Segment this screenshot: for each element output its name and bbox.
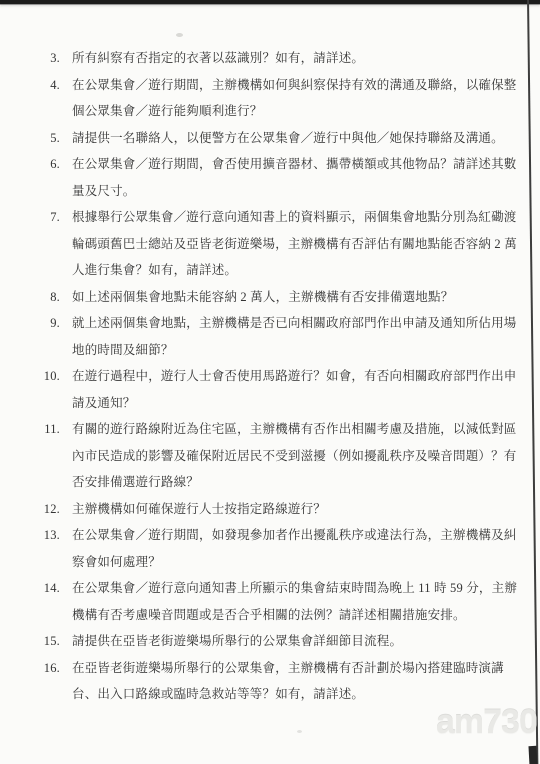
question-text: 主辦機構如何確保遊行人士按指定路線遊行？ [72, 496, 514, 523]
question-text-line: 察會如何處理？ [72, 549, 514, 576]
question-text-line: 所有糾察有否指定的衣著以茲識別？如有，請詳述。 [72, 45, 514, 72]
question-text: 在公眾集會／遊行期間，會否使用擴音器材、攜帶橫額或其他物品？請詳述其數量及尺寸。 [72, 151, 514, 204]
question-item: 8.如上述兩個集會地點未能容納 2 萬人，主辦機構有否安排備選地點？ [36, 284, 514, 311]
question-text: 在亞皆老街遊樂場所舉行的公眾集會，主辦機構有否計劃於場內搭建臨時演講台、出入口路… [72, 655, 514, 708]
question-text-line: 內市民造成的影響及確保附近居民不受到滋擾（例如擾亂秩序及噪音問題）？有 [72, 443, 514, 470]
question-item: 10.在遊行過程中，遊行人士會否使用馬路遊行？如會，有否向相關政府部門作出申請及… [36, 363, 514, 416]
question-text-line: 人進行集會？如有，請詳述。 [72, 257, 514, 284]
question-text-line: 否安排備選遊行路線？ [72, 469, 514, 496]
question-number: 13. [36, 522, 60, 575]
question-text: 就上述兩個集會地點，主辦機構是否已向相關政府部門作出申請及通知所佔用場地的時間及… [72, 310, 514, 363]
question-number: 14. [36, 575, 60, 628]
question-text: 在遊行過程中，遊行人士會否使用馬路遊行？如會，有否向相關政府部門作出申請及通知？ [72, 363, 514, 416]
question-text-line: 請提供在亞皆老街遊樂場所舉行的公眾集會詳細節目流程。 [72, 628, 514, 655]
scanned-document-page: 3.所有糾察有否指定的衣著以茲識別？如有，請詳述。4.在公眾集會／遊行期間，主辦… [0, 0, 540, 764]
question-text-line: 在遊行過程中，遊行人士會否使用馬路遊行？如會，有否向相關政府部門作出申 [72, 363, 514, 390]
question-text: 請提供在亞皆老街遊樂場所舉行的公眾集會詳細節目流程。 [72, 628, 514, 655]
scan-corner-mark [528, 746, 537, 764]
question-item: 5.請提供一名聯絡人，以便警方在公眾集會／遊行中與他／她保持聯絡及溝通。 [36, 125, 514, 152]
question-item: 6.在公眾集會／遊行期間，會否使用擴音器材、攜帶橫額或其他物品？請詳述其數量及尺… [36, 151, 514, 204]
question-text-line: 量及尺寸。 [72, 178, 514, 205]
question-number: 10. [36, 363, 60, 416]
question-number: 4. [36, 72, 60, 125]
question-text-line: 在公眾集會／遊行意向通知書上所顯示的集會結束時間為晚上 11 時 59 分，主辦 [72, 575, 514, 602]
question-text-line: 個公眾集會／遊行能夠順利進行？ [72, 98, 514, 125]
question-text-line: 有關的遊行路線附近為住宅區，主辦機構有否作出相關考慮及措施，以減低對區 [72, 416, 514, 443]
question-text-line: 在公眾集會／遊行期間，如發現參加者作出擾亂秩序或違法行為，主辦機構及糾 [72, 522, 514, 549]
question-item: 9.就上述兩個集會地點，主辦機構是否已向相關政府部門作出申請及通知所佔用場地的時… [36, 310, 514, 363]
question-item: 15.請提供在亞皆老街遊樂場所舉行的公眾集會詳細節目流程。 [36, 628, 514, 655]
question-number: 7. [36, 204, 60, 284]
question-text-line: 請及通知？ [72, 390, 514, 417]
question-text-line: 地的時間及細節？ [72, 337, 514, 364]
scan-edge-top [0, 0, 540, 4]
question-text-line: 如上述兩個集會地點未能容納 2 萬人，主辦機構有否安排備選地點？ [72, 284, 514, 311]
question-item: 14.在公眾集會／遊行意向通知書上所顯示的集會結束時間為晚上 11 時 59 分… [36, 575, 514, 628]
question-text: 在公眾集會／遊行意向通知書上所顯示的集會結束時間為晚上 11 時 59 分，主辦… [72, 575, 514, 628]
question-text: 所有糾察有否指定的衣著以茲識別？如有，請詳述。 [72, 45, 514, 72]
scan-noise-speck [176, 33, 183, 37]
question-text-line: 請提供一名聯絡人，以便警方在公眾集會／遊行中與他／她保持聯絡及溝通。 [72, 125, 514, 152]
question-item: 4.在公眾集會／遊行期間，主辦機構如何與糾察保持有效的溝通及聯絡，以確保整個公眾… [36, 72, 514, 125]
question-item: 11.有關的遊行路線附近為住宅區，主辦機構有否作出相關考慮及措施，以減低對區內市… [36, 416, 514, 496]
question-number: 5. [36, 125, 60, 152]
question-text-line: 機構有否考慮噪音問題或是否合乎相關的法例？請詳述相關措施安排。 [72, 602, 514, 629]
question-text: 請提供一名聯絡人，以便警方在公眾集會／遊行中與他／她保持聯絡及溝通。 [72, 125, 514, 152]
question-text-line: 根據舉行公眾集會／遊行意向通知書上的資料顯示，兩個集會地點分別為紅磡渡 [72, 204, 514, 231]
question-text-line: 在亞皆老街遊樂場所舉行的公眾集會，主辦機構有否計劃於場內搭建臨時演講 [72, 655, 514, 682]
question-text: 有關的遊行路線附近為住宅區，主辦機構有否作出相關考慮及措施，以減低對區內市民造成… [72, 416, 514, 496]
question-number: 15. [36, 628, 60, 655]
question-text: 在公眾集會／遊行期間，如發現參加者作出擾亂秩序或違法行為，主辦機構及糾察會如何處… [72, 522, 514, 575]
question-number: 12. [36, 496, 60, 523]
question-item: 16.在亞皆老街遊樂場所舉行的公眾集會，主辦機構有否計劃於場內搭建臨時演講台、出… [36, 655, 514, 708]
question-list: 3.所有糾察有否指定的衣著以茲識別？如有，請詳述。4.在公眾集會／遊行期間，主辦… [36, 45, 514, 708]
question-text: 根據舉行公眾集會／遊行意向通知書上的資料顯示，兩個集會地點分別為紅磡渡輪碼頭舊巴… [72, 204, 514, 284]
question-text-line: 輪碼頭舊巴士總站及亞皆老街遊樂場，主辦機構有否評估有關地點能否容納 2 萬 [72, 231, 514, 258]
question-number: 11. [36, 416, 60, 496]
question-text-line: 在公眾集會／遊行期間，會否使用擴音器材、攜帶橫額或其他物品？請詳述其數 [72, 151, 514, 178]
question-number: 16. [36, 655, 60, 708]
question-number: 9. [36, 310, 60, 363]
question-text-line: 在公眾集會／遊行期間，主辦機構如何與糾察保持有效的溝通及聯絡，以確保整 [72, 72, 514, 99]
question-item: 3.所有糾察有否指定的衣著以茲識別？如有，請詳述。 [36, 45, 514, 72]
question-item: 12.主辦機構如何確保遊行人士按指定路線遊行？ [36, 496, 514, 523]
question-item: 7.根據舉行公眾集會／遊行意向通知書上的資料顯示，兩個集會地點分別為紅磡渡輪碼頭… [36, 204, 514, 284]
question-text-line: 主辦機構如何確保遊行人士按指定路線遊行？ [72, 496, 514, 523]
question-item: 13.在公眾集會／遊行期間，如發現參加者作出擾亂秩序或違法行為，主辦機構及糾察會… [36, 522, 514, 575]
question-text: 在公眾集會／遊行期間，主辦機構如何與糾察保持有效的溝通及聯絡，以確保整個公眾集會… [72, 72, 514, 125]
question-number: 6. [36, 151, 60, 204]
scan-noise-speck [297, 730, 302, 733]
question-text: 如上述兩個集會地點未能容納 2 萬人，主辦機構有否安排備選地點？ [72, 284, 514, 311]
am730-watermark: am730 [436, 703, 537, 742]
question-text-line: 就上述兩個集會地點，主辦機構是否已向相關政府部門作出申請及通知所佔用場 [72, 310, 514, 337]
question-number: 3. [36, 45, 60, 72]
scan-edge-right [527, 0, 538, 764]
question-number: 8. [36, 284, 60, 311]
